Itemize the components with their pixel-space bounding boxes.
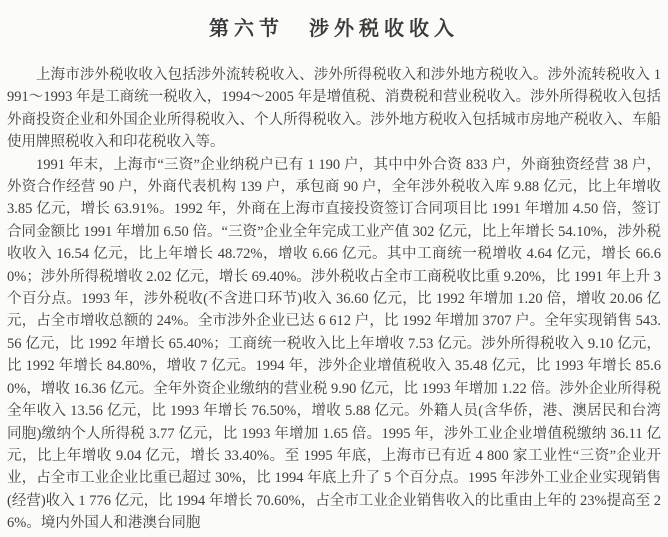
document-page: 第六节 涉外税收收入 上海市涉外税收收入包括涉外流转税收入、涉外所得税收入和涉外… (0, 0, 668, 537)
document-body: 上海市涉外税收收入包括涉外流转税收入、涉外所得税收入和涉外地方税收入。涉外流转税… (7, 64, 661, 535)
section-title: 第六节 涉外税收收入 (7, 16, 661, 42)
statistics-paragraph: 1991 年末，上海市“三资”企业纳税户已有 1 190 户，其中中外合资 83… (7, 154, 661, 535)
intro-paragraph: 上海市涉外税收收入包括涉外流转税收入、涉外所得税收入和涉外地方税收入。涉外流转税… (7, 64, 661, 154)
